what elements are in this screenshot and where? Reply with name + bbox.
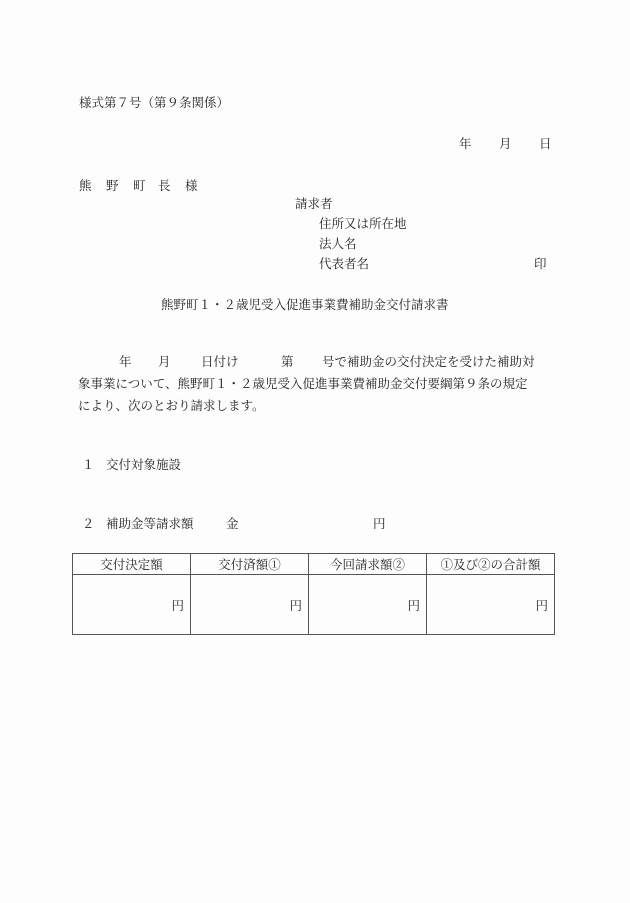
seal-mark: 印 [534, 258, 547, 271]
section-number: ２ [82, 518, 95, 531]
amount-prefix: 金 [226, 518, 239, 531]
cell-total: 円 [427, 575, 555, 635]
table-row: 円 円 円 円 [73, 575, 555, 635]
section-label: 補助金等請求額 [106, 518, 194, 531]
body-line3: により、次のとおり請求します。 [78, 400, 265, 413]
body-line1-rest: 号で補助金の交付決定を受けた補助対 [322, 356, 535, 369]
cell-current-request: 円 [309, 575, 427, 635]
document-title: 熊野町１・２歳児受入促進事業費補助金交付請求書 [161, 299, 449, 312]
requester-heading: 請求者 [295, 198, 333, 211]
date-year: 年 [459, 138, 472, 151]
amount-unit: 円 [373, 518, 386, 531]
section-number: １ [82, 459, 95, 472]
header-current-request: 今回請求額② [309, 554, 427, 575]
cell-decided-amount: 円 [73, 575, 191, 635]
addressee-char: 長 [158, 180, 171, 193]
body-number-prefix: 第 [281, 356, 294, 369]
date-day: 日 [539, 138, 552, 151]
addressee-char: 野 [106, 180, 119, 193]
section-label: 交付対象施設 [106, 459, 181, 472]
table-header-row: 交付決定額 交付済額① 今回請求額② ①及び②の合計額 [73, 554, 555, 575]
cell-paid-amount: 円 [191, 575, 309, 635]
body-year: 年 [119, 356, 132, 369]
addressee-char: 熊 [79, 180, 92, 193]
amounts-table: 交付決定額 交付済額① 今回請求額② ①及び②の合計額 円 円 円 円 [72, 553, 555, 635]
body-day: 日付け [201, 356, 239, 369]
body-month: 月 [158, 356, 171, 369]
addressee-char: 町 [133, 180, 146, 193]
form-number: 様式第７号（第９条関係） [79, 97, 229, 110]
corp-name-label: 法人名 [319, 238, 357, 251]
header-total: ①及び②の合計額 [427, 554, 555, 575]
addressee-char: 様 [185, 180, 198, 193]
body-line2: 象事業について、熊野町１・２歳児受入促進事業費補助金交付要綱第９条の規定 [78, 378, 528, 391]
header-paid-amount: 交付済額① [191, 554, 309, 575]
address-label: 住所又は所在地 [319, 218, 407, 231]
header-decided-amount: 交付決定額 [73, 554, 191, 575]
date-month: 月 [499, 138, 512, 151]
representative-label: 代表者名 [319, 258, 369, 271]
